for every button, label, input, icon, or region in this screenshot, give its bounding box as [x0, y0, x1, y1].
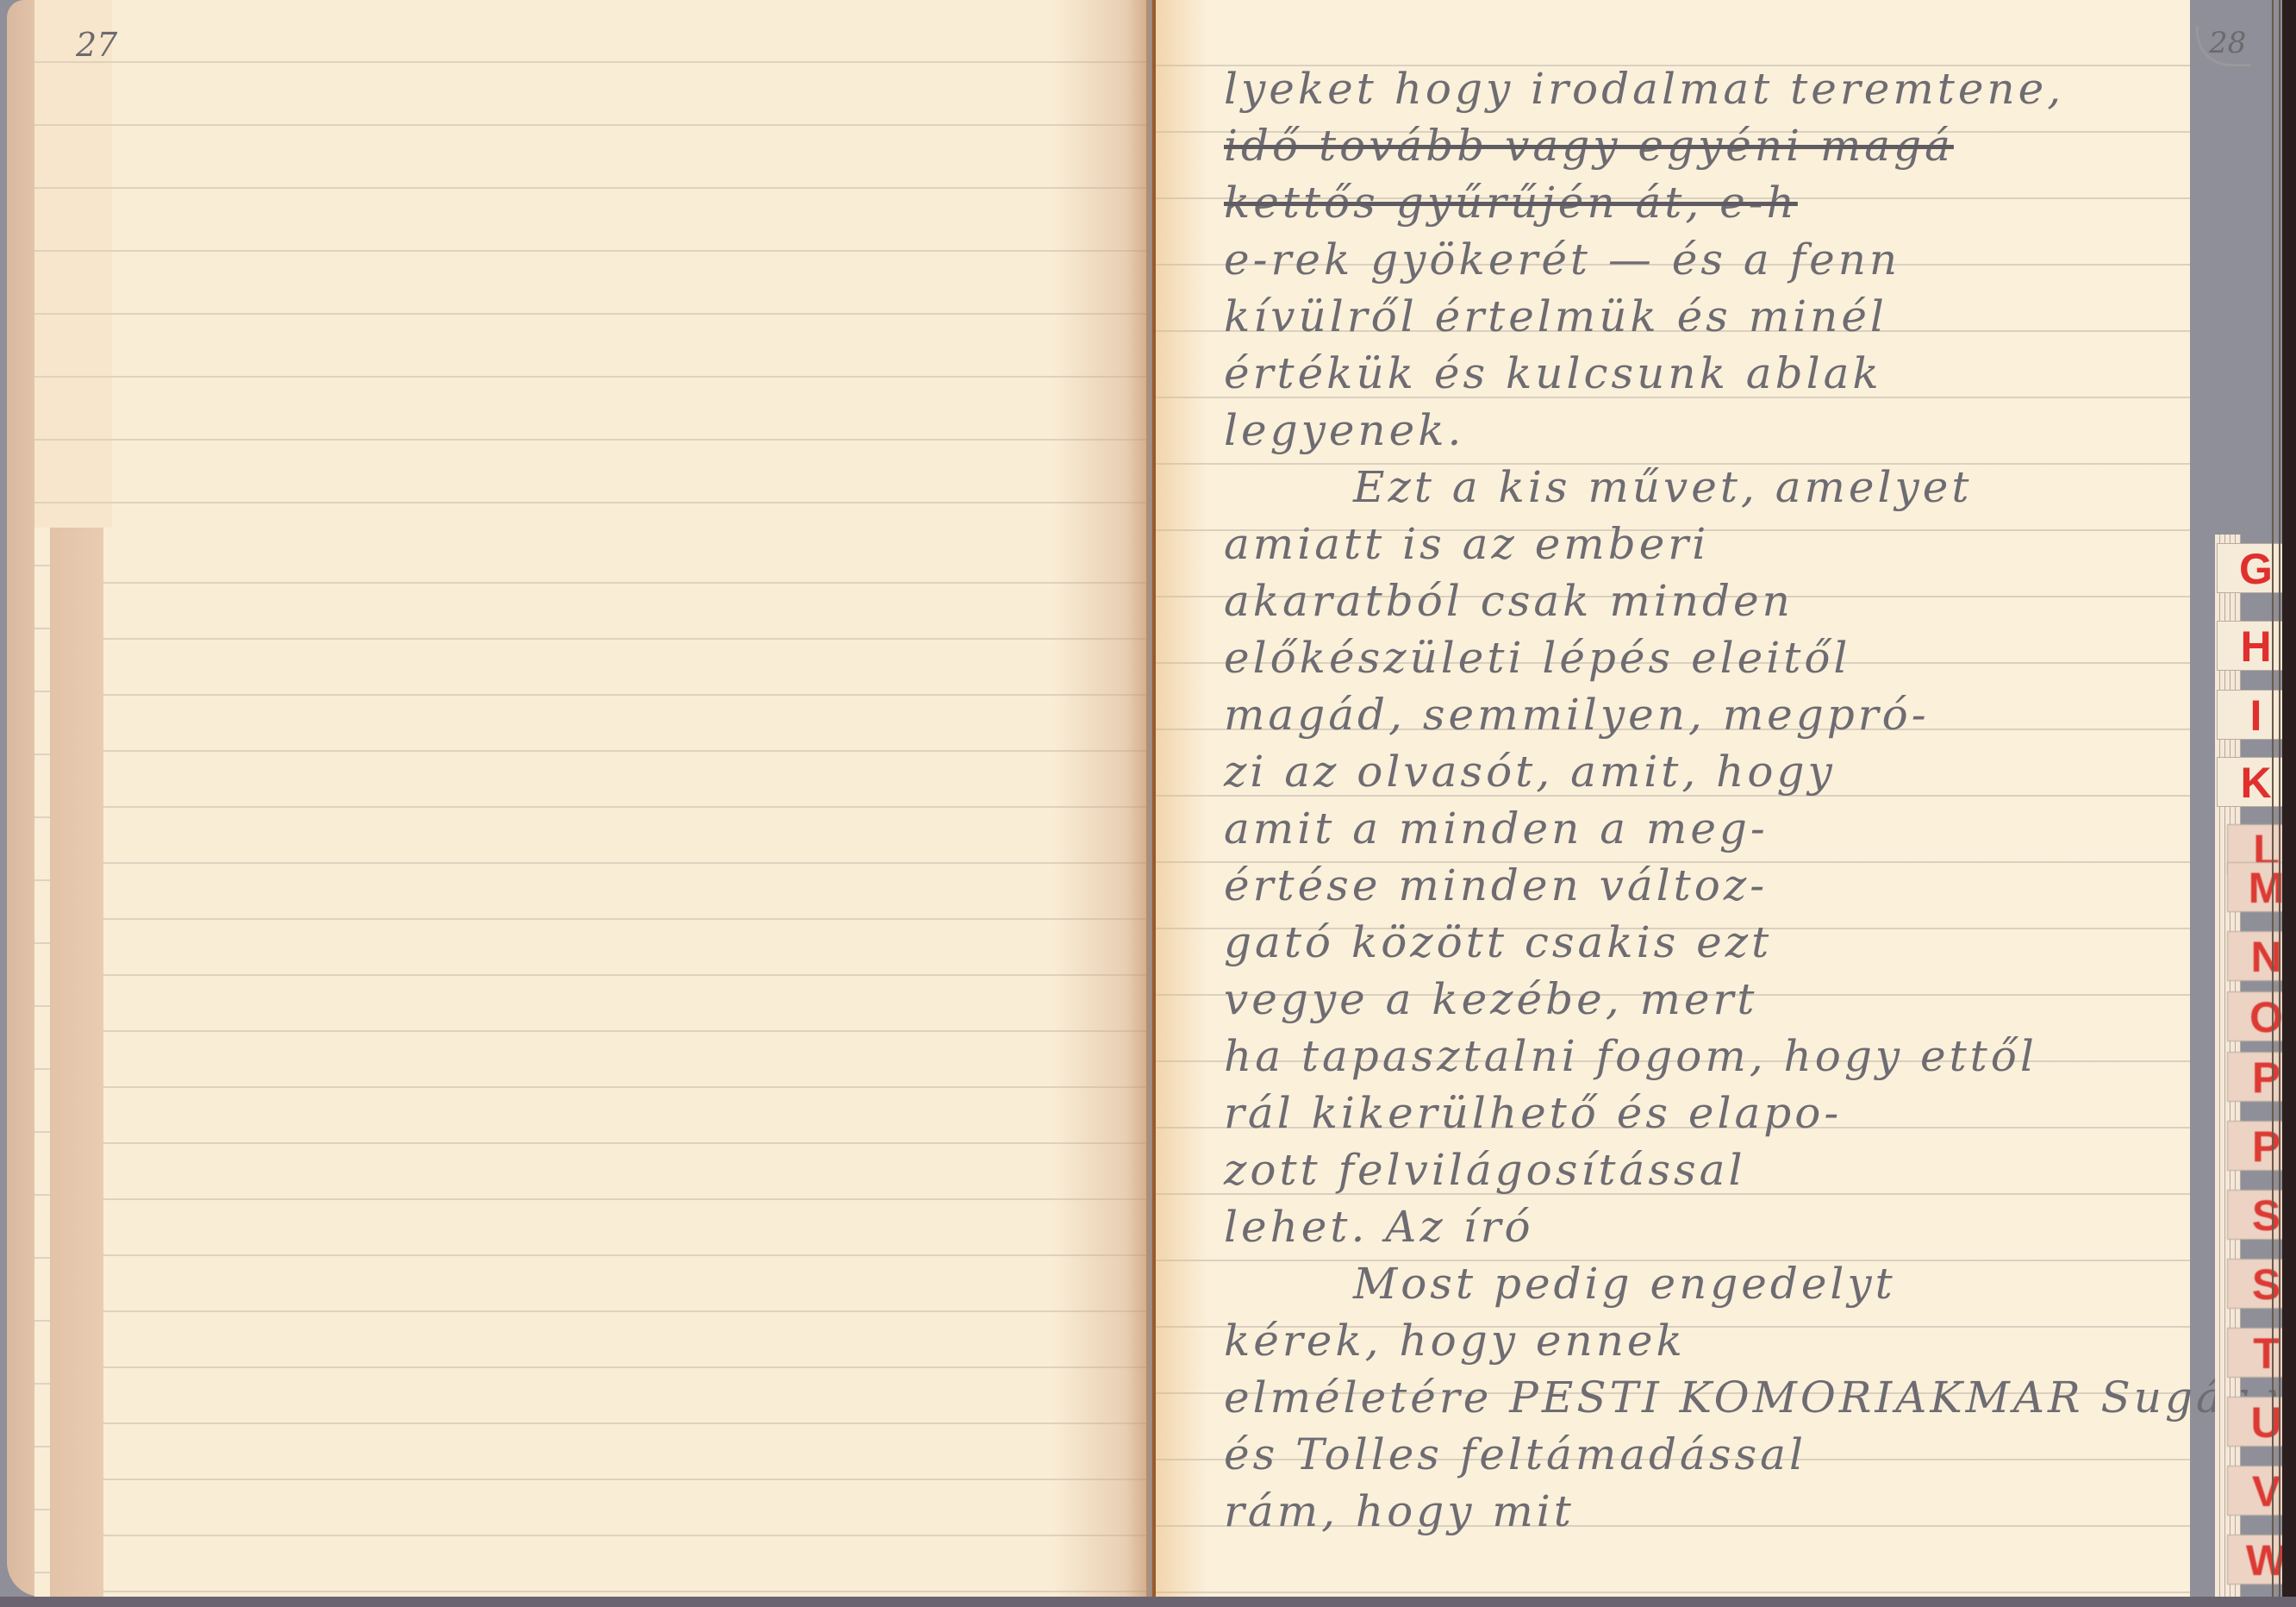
handwritten-line: kettős gyűrűjén át, e-h [1224, 174, 2181, 231]
handwritten-line: kérek, hogy ennek [1224, 1312, 2181, 1369]
left-page-stub [50, 528, 103, 1597]
cover-edge [2282, 0, 2296, 1607]
handwritten-line: kívülről értelmük és minél [1224, 288, 2181, 345]
handwritten-line: amiatt is az emberi [1224, 516, 2181, 572]
handwritten-line: magád, semmilyen, megpró- [1224, 686, 2181, 743]
left-page-number: 27 [76, 26, 117, 64]
handwritten-line: Ezt a kis művet, amelyet [1224, 459, 2181, 516]
handwritten-line: zott felvilágosítással [1224, 1141, 2181, 1198]
handwritten-line: amit a minden a meg- [1224, 800, 2181, 857]
handwritten-line: ha tapasztalni fogom, hogy ettől [1224, 1028, 2181, 1085]
handwritten-line: vegye a kezébe, mert [1224, 971, 2181, 1028]
left-page-ruled-area [103, 528, 1146, 1597]
handwritten-line: idő tovább vagy egyéni magá [1224, 117, 2181, 174]
right-page-border [2272, 0, 2280, 1597]
handwritten-line: akaratból csak minden [1224, 572, 2181, 629]
right-page-number: 28 [2196, 26, 2251, 66]
right-gutter-glow [1156, 0, 1207, 1597]
handwritten-line: e-rek gyökerét — és a fenn [1224, 231, 2181, 288]
right-page-handwriting: lyeket hogy irodalmat teremtene,idő tová… [1224, 60, 2181, 1540]
handwritten-line: előkészületi lépés eleitől [1224, 629, 2181, 686]
left-page-flap [34, 0, 112, 528]
handwritten-line: elméletére PESTI KOMORIAKMAR Sugár-vel [1224, 1369, 2181, 1426]
notebook-spread: 27 28 lyeket hogy irodalmat teremtene,id… [0, 0, 2296, 1607]
handwritten-line: Most pedig engedelyt [1224, 1255, 2181, 1312]
handwritten-line: értése minden változ- [1224, 857, 2181, 914]
handwritten-line: legyenek. [1224, 402, 2181, 459]
handwritten-line: zi az olvasót, amit, hogy [1224, 743, 2181, 800]
scan-bottom-edge [0, 1597, 2296, 1607]
handwritten-line: és Tolles feltámadással [1224, 1426, 2181, 1483]
gutter-shadow [1051, 0, 1151, 1597]
handwritten-line: lehet. Az író [1224, 1198, 2181, 1255]
handwritten-line: rál kikerülhető és elapo- [1224, 1085, 2181, 1141]
handwritten-line: rám, hogy mit [1224, 1483, 2181, 1540]
handwritten-line: értékük és kulcsunk ablak [1224, 345, 2181, 402]
handwritten-line: lyeket hogy irodalmat teremtene, [1224, 60, 2181, 117]
handwritten-line: gató között csakis ezt [1224, 914, 2181, 971]
